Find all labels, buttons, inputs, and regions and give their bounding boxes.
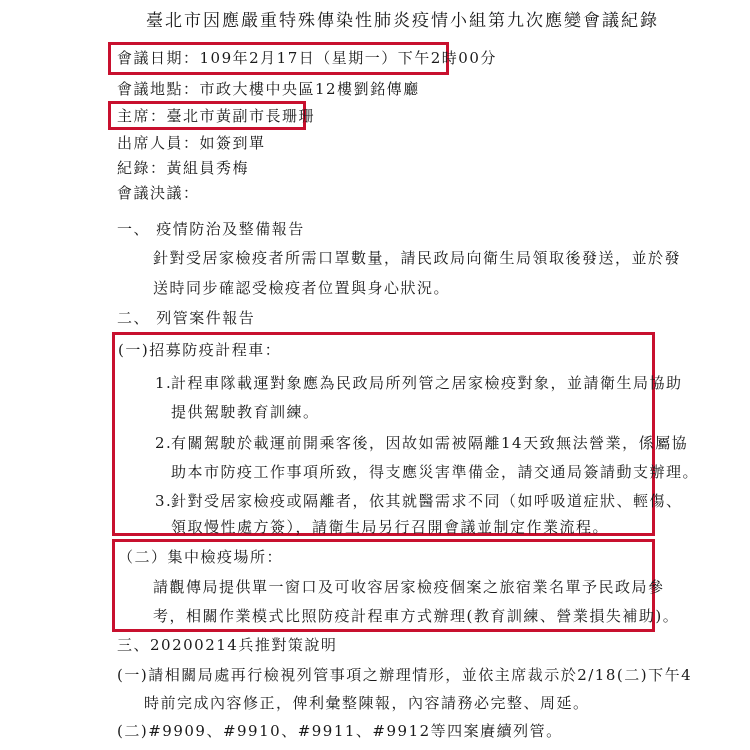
section-2-heading: 二、 列管案件報告 — [117, 309, 255, 327]
section-1-heading: 一、 疫情防治及整備報告 — [117, 220, 305, 238]
quarantine-site-line: 考，相關作業模式比照防疫計程車方式辦理(教育訓練、營業損失補助)。 — [153, 607, 679, 625]
meeting-recorder: 紀錄：黃組員秀梅 — [117, 159, 249, 177]
taxi-item-1-number: 1. — [155, 374, 172, 392]
quarantine-site-line: 請觀傳局提供單一窗口及可收容居家檢疫個案之旅宿業名單予民政局參 — [153, 578, 665, 596]
subsection-quarantine-site-heading: （二）集中檢疫場所： — [118, 548, 283, 566]
meeting-date: 會議日期：109年2月17日（星期一）下午2時00分 — [117, 49, 497, 67]
resolutions-label: 會議決議： — [117, 184, 200, 202]
taxi-item-3-line: 領取慢性處方簽），請衛生局另行召開會議並制定作業流程。 — [171, 518, 609, 536]
subsection-taxi-heading: (一)招募防疫計程車： — [118, 341, 281, 359]
taxi-item-1-line: 提供駕駛教育訓練。 — [171, 403, 320, 421]
meeting-chair: 主席：臺北市黃副市長珊珊 — [117, 107, 315, 125]
taxi-item-1-line: 計程車隊載運對象應為民政局所列管之居家檢疫對象，並請衛生局協助 — [171, 374, 683, 392]
taxi-item-2-number: 2. — [155, 434, 172, 452]
section-1-paragraph-line: 針對受居家檢疫者所需口罩數量，請民政局向衛生局領取後發送，並於發 — [153, 249, 681, 267]
taxi-item-2-line: 助本市防疫工作事項所致，得支應災害準備金，請交通局簽請動支辦理。 — [171, 463, 699, 481]
document-title: 臺北市因應嚴重特殊傳染性肺炎疫情小組第九次應變會議紀錄 — [146, 12, 659, 30]
section-3-item-1-line: 時前完成內容修正，俾利彙整陳報，內容請務必完整、周延。 — [144, 694, 590, 712]
section-3-heading: 三、20200214兵推對策說明 — [117, 636, 337, 654]
taxi-item-2-line: 有關駕駛於載運前開乘客後，因故如需被隔離14天致無法營業，係屬協 — [171, 434, 688, 452]
meeting-attendees: 出席人員：如簽到單 — [117, 134, 266, 152]
section-3-item-2-line: (二)#9909、#9910、#9911、#9912等四案賡續列管。 — [117, 722, 563, 740]
meeting-location: 會議地點：市政大樓中央區12樓劉銘傳廳 — [117, 80, 420, 98]
taxi-item-3-number: 3. — [155, 492, 172, 510]
section-3-item-1-line: (一)請相關局處再行檢視列管事項之辦理情形，並依主席裁示於2/18(二)下午4 — [117, 666, 692, 684]
section-1-paragraph-line: 送時同步確認受檢疫者位置與身心狀況。 — [153, 279, 450, 297]
taxi-item-3-line: 針對受居家檢疫或隔離者，依其就醫需求不同（如呼吸道症狀、輕傷、 — [171, 492, 683, 510]
